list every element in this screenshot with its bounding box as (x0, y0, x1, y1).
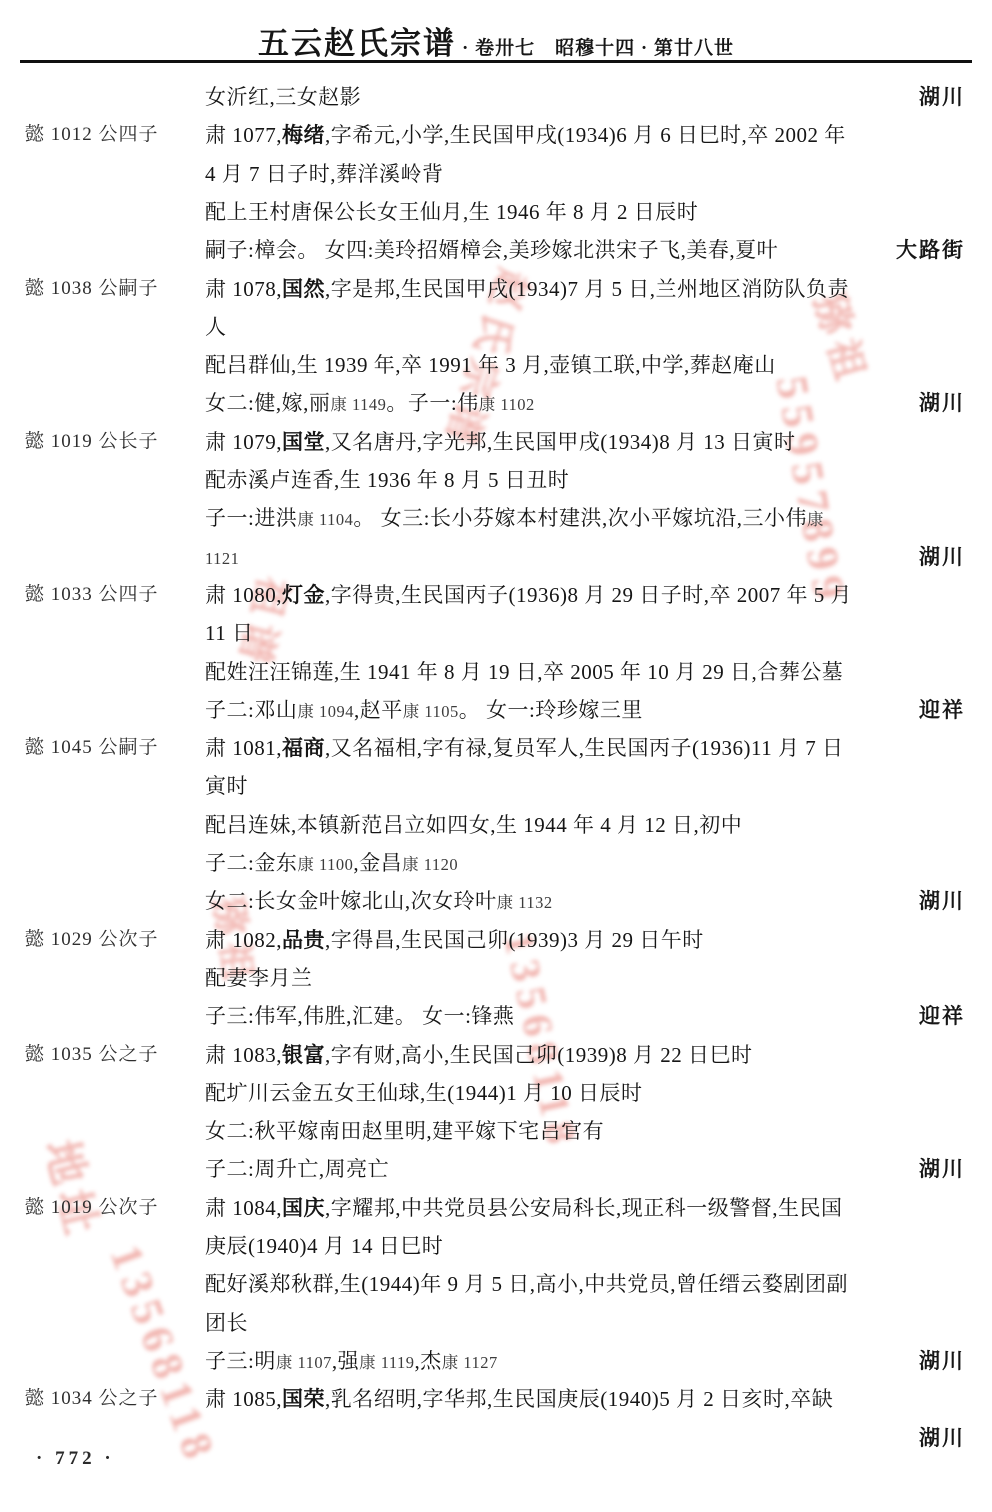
person-name: 国庆 (282, 1196, 325, 1220)
record-text-segment: 女二:长女金叶嫁北山,次女玲叶 (205, 889, 497, 913)
record-text: 女二:秋平嫁南田赵里明,建平嫁下宅吕官有 (205, 1112, 967, 1150)
record-line: 配赤溪卢连香,生 1936 年 8 月 5 日丑时 (0, 461, 992, 499)
record-text-segment: 康 (807, 510, 824, 529)
record-text-segment: 团长 (205, 1311, 248, 1335)
record-line: 懿 1038 公嗣子肃 1078,国然,字是邦,生民国甲戌(1934)7 月 5… (0, 270, 992, 308)
record-text: 配吕群仙,生 1939 年,卒 1991 年 3 月,壶镇工联,中学,葬赵庵山 (205, 346, 967, 384)
record-text: 寅时 (205, 767, 967, 805)
record-text-segment: 。子一:伟 (386, 391, 478, 415)
record-text: 11 日 (205, 614, 967, 652)
record-line: 子三:伟军,伟胜,汇建。 女一:锋燕迎祥 (0, 997, 992, 1035)
record-text-segment: ,字希元,小学,生民国甲戌(1934)6 月 6 日巳时,卒 2002 年 (325, 123, 846, 147)
record-text: 女沂红,三女赵影 (205, 78, 967, 116)
record-text: 子二:邓山康 1094,赵平康 1105。 女一:玲珍嫁三里 (205, 691, 967, 731)
place-tag: 湖川 (919, 1419, 965, 1457)
record-text-segment: 肃 1082, (205, 928, 282, 952)
record-text-segment: ,又名唐丹,字光邦,生民国甲戌(1934)8 月 13 日寅时 (325, 430, 796, 454)
record-text-segment: 肃 1078, (205, 277, 282, 301)
record-text: 肃 1080,灯金,字得贵,生民国丙子(1936)8 月 29 日子时,卒 20… (205, 576, 967, 614)
place-tag: 迎祥 (919, 691, 965, 729)
record-text-segment: 寅时 (205, 774, 248, 798)
record-text-segment: 肃 1085, (205, 1387, 282, 1411)
page-body: 女沂红,三女赵影湖川懿 1012 公四子肃 1077,梅绪,字希元,小学,生民国… (0, 0, 992, 1512)
record-text: 女二:健,嫁,丽康 1149。子一:伟康 1102 (205, 384, 967, 424)
record-text: 子二:周升亡,周亮亡 (205, 1150, 967, 1188)
record-text-segment: ,乳名绍明,字华邦,生民国庚辰(1940)5 月 2 日亥时,卒缺 (325, 1387, 833, 1411)
record-line: 子二:邓山康 1094,赵平康 1105。 女一:玲珍嫁三里迎祥 (0, 691, 992, 729)
record-text: 配好溪郑秋群,生(1944)年 9 月 5 日,高小,中共党员,曾任缙云婺剧团副 (205, 1265, 967, 1303)
record-text-segment: ,字是邦,生民国甲戌(1934)7 月 5 日,兰州地区消防队负责 (325, 277, 849, 301)
record-text-segment: 嗣子:樟会。 女四:美玲招婿樟会,美珍嫁北洪宋子飞,美春,夏叶 (205, 238, 778, 262)
record-text-segment: 1121 (205, 549, 239, 568)
place-tag: 湖川 (919, 538, 965, 576)
record-line: 配好溪郑秋群,生(1944)年 9 月 5 日,高小,中共党员,曾任缙云婺剧团副 (0, 1265, 992, 1303)
record-label: 懿 1038 公嗣子 (25, 270, 159, 308)
record-text-segment: 女二:健,嫁,丽 (205, 391, 330, 415)
record-line: 懿 1035 公之子肃 1083,银富,字有财,高小,生民国己卯(1939)8 … (0, 1036, 992, 1074)
record-line: 嗣子:樟会。 女四:美玲招婿樟会,美珍嫁北洪宋子飞,美春,夏叶大路街 (0, 231, 992, 269)
record-line: 懿 1029 公次子肃 1082,品贵,字得昌,生民国己卯(1939)3 月 2… (0, 921, 992, 959)
page-number: · 772 · (36, 1448, 115, 1470)
record-text-segment: 配赤溪卢连香,生 1936 年 8 月 5 日丑时 (205, 468, 569, 492)
record-line: 团长 (0, 1304, 992, 1342)
record-text: 肃 1078,国然,字是邦,生民国甲戌(1934)7 月 5 日,兰州地区消防队… (205, 270, 967, 308)
record-line: 11 日 (0, 614, 992, 652)
record-line: 配圹川云金五女王仙球,生(1944)1 月 10 日辰时 (0, 1074, 992, 1112)
record-text-segment: 女沂红,三女赵影 (205, 85, 361, 109)
record-text-segment: 康 1132 (497, 893, 553, 912)
record-text-segment: ,赵平 (354, 698, 403, 722)
record-text: 肃 1079,国堂,又名唐丹,字光邦,生民国甲戌(1934)8 月 13 日寅时 (205, 423, 967, 461)
record-text-segment: 子三:明 (205, 1349, 276, 1373)
record-text-segment: 肃 1083, (205, 1043, 282, 1067)
place-tag: 湖川 (919, 882, 965, 920)
record-text-segment: ,金昌 (353, 851, 402, 875)
record-line: 懿 1045 公嗣子肃 1081,福商,又名福相,字有禄,复员军人,生民国丙子(… (0, 729, 992, 767)
record-text: 肃 1077,梅绪,字希元,小学,生民国甲戌(1934)6 月 6 日巳时,卒 … (205, 116, 967, 154)
record-text-segment: ,字耀邦,中共党员县公安局科长,现正科一级警督,生民国 (325, 1196, 843, 1220)
record-label: 懿 1033 公四子 (25, 576, 159, 614)
record-line: 寅时 (0, 767, 992, 805)
record-line: 女二:长女金叶嫁北山,次女玲叶康 1132湖川 (0, 882, 992, 920)
record-text-segment: ,字得昌,生民国己卯(1939)3 月 29 日午时 (325, 928, 704, 952)
record-text-segment: 。 女一:玲珍嫁三里 (459, 698, 643, 722)
genealogy-page: 猕祖55957899赵氏宗谱祖谱13568118猕祖地址13568118 五云赵… (0, 0, 992, 1512)
record-text-segment: 康 1127 (442, 1353, 498, 1372)
record-text-segment: 肃 1084, (205, 1196, 282, 1220)
record-line: 子二:周升亡,周亮亡湖川 (0, 1150, 992, 1188)
person-name: 品贵 (282, 928, 325, 952)
record-text-segment: 子一:进洪 (205, 506, 297, 530)
record-line: 湖川 (0, 1419, 992, 1457)
record-text-segment: ,又名福相,字有禄,复员军人,生民国丙子(1936)11 月 7 日 (325, 736, 843, 760)
record-label: 懿 1019 公次子 (25, 1189, 159, 1227)
record-text: 1121 (205, 538, 967, 578)
person-name: 银富 (282, 1043, 325, 1067)
record-line: 女二:健,嫁,丽康 1149。子一:伟康 1102湖川 (0, 384, 992, 422)
record-label: 懿 1019 公长子 (25, 423, 159, 461)
record-text-segment: 肃 1077, (205, 123, 282, 147)
record-label: 懿 1035 公之子 (25, 1036, 159, 1074)
record-text-segment: 配上王村唐保公长女王仙月,生 1946 年 8 月 2 日辰时 (205, 200, 698, 224)
record-text: 配上王村唐保公长女王仙月,生 1946 年 8 月 2 日辰时 (205, 193, 967, 231)
record-text-segment: ,强 (332, 1349, 359, 1373)
record-line: 子二:金东康 1100,金昌康 1120 (0, 844, 992, 882)
record-text-segment: 康 1102 (479, 395, 535, 414)
record-text-segment: 配吕连妹,本镇新范吕立如四女,生 1944 年 4 月 12 日,初中 (205, 813, 742, 837)
place-tag: 湖川 (919, 1150, 965, 1188)
record-text-segment: 子三:伟军,伟胜,汇建。 女一:锋燕 (205, 1004, 514, 1028)
record-text-segment: 配好溪郑秋群,生(1944)年 9 月 5 日,高小,中共党员,曾任缙云婺剧团副 (205, 1272, 848, 1296)
record-text-segment: 康 1120 (402, 855, 458, 874)
record-text-segment: 11 日 (205, 621, 253, 645)
person-name: 福商 (282, 736, 325, 760)
record-text-segment: ,字有财,高小,生民国己卯(1939)8 月 22 日巳时 (325, 1043, 753, 1067)
record-text: 嗣子:樟会。 女四:美玲招婿樟会,美珍嫁北洪宋子飞,美春,夏叶 (205, 231, 967, 269)
record-text: 配妻李月兰 (205, 959, 967, 997)
record-text: 人 (205, 308, 967, 346)
place-tag: 湖川 (919, 1342, 965, 1380)
record-text-segment: 肃 1079, (205, 430, 282, 454)
record-text-segment: 4 月 7 日子时,葬洋溪岭背 (205, 162, 444, 186)
record-line: 懿 1019 公长子肃 1079,国堂,又名唐丹,字光邦,生民国甲戌(1934)… (0, 423, 992, 461)
record-text-segment: 人 (205, 315, 227, 339)
record-text: 女二:长女金叶嫁北山,次女玲叶康 1132 (205, 882, 967, 922)
record-text: 子三:伟军,伟胜,汇建。 女一:锋燕 (205, 997, 967, 1035)
record-text: 配吕连妹,本镇新范吕立如四女,生 1944 年 4 月 12 日,初中 (205, 806, 967, 844)
record-text-segment: 康 1149 (330, 395, 386, 414)
record-text-segment: 康 1094 (297, 702, 354, 721)
record-text: 肃 1083,银富,字有财,高小,生民国己卯(1939)8 月 22 日巳时 (205, 1036, 967, 1074)
record-line: 配上王村唐保公长女王仙月,生 1946 年 8 月 2 日辰时 (0, 193, 992, 231)
record-text: 配圹川云金五女王仙球,生(1944)1 月 10 日辰时 (205, 1074, 967, 1112)
record-text-segment: ,杰 (415, 1349, 442, 1373)
record-text: 配赤溪卢连香,生 1936 年 8 月 5 日丑时 (205, 461, 967, 499)
record-text-segment: 子二:邓山 (205, 698, 297, 722)
record-line: 庚辰(1940)4 月 14 日巳时 (0, 1227, 992, 1265)
record-text: 团长 (205, 1304, 967, 1342)
record-text-segment: 子二:金东 (205, 851, 297, 875)
place-tag: 大路街 (896, 231, 965, 269)
record-text-segment: 配妻李月兰 (205, 966, 313, 990)
record-line: 懿 1012 公四子肃 1077,梅绪,字希元,小学,生民国甲戌(1934)6 … (0, 116, 992, 154)
record-text: 4 月 7 日子时,葬洋溪岭背 (205, 155, 967, 193)
record-text-segment: 。 女三:长小芬嫁本村建洪,次小平嫁坑沿,三小伟 (353, 506, 807, 530)
person-name: 国荣 (282, 1387, 325, 1411)
record-line: 人 (0, 308, 992, 346)
record-text: 子一:进洪康 1104。 女三:长小芬嫁本村建洪,次小平嫁坑沿,三小伟康 (205, 499, 967, 539)
record-text-segment: 康 1105 (403, 702, 459, 721)
record-text: 肃 1085,国荣,乳名绍明,字华邦,生民国庚辰(1940)5 月 2 日亥时,… (205, 1380, 967, 1418)
record-text-segment: 配姓汪汪锦莲,生 1941 年 8 月 19 日,卒 2005 年 10 月 2… (205, 660, 843, 684)
record-text-segment: 肃 1080, (205, 583, 282, 607)
record-line: 4 月 7 日子时,葬洋溪岭背 (0, 155, 992, 193)
record-text: 配姓汪汪锦莲,生 1941 年 8 月 19 日,卒 2005 年 10 月 2… (205, 653, 967, 691)
place-tag: 湖川 (919, 78, 965, 116)
record-text-segment: 配圹川云金五女王仙球,生(1944)1 月 10 日辰时 (205, 1081, 643, 1105)
record-line: 1121湖川 (0, 538, 992, 576)
record-text: 肃 1082,品贵,字得昌,生民国己卯(1939)3 月 29 日午时 (205, 921, 967, 959)
person-name: 梅绪 (282, 123, 325, 147)
record-line: 子一:进洪康 1104。 女三:长小芬嫁本村建洪,次小平嫁坑沿,三小伟康 (0, 499, 992, 537)
record-line: 懿 1033 公四子肃 1080,灯金,字得贵,生民国丙子(1936)8 月 2… (0, 576, 992, 614)
record-text: 肃 1084,国庆,字耀邦,中共党员县公安局科长,现正科一级警督,生民国 (205, 1189, 967, 1227)
record-line: 懿 1019 公次子肃 1084,国庆,字耀邦,中共党员县公安局科长,现正科一级… (0, 1189, 992, 1227)
record-text: 庚辰(1940)4 月 14 日巳时 (205, 1227, 967, 1265)
record-line: 子三:明康 1107,强康 1119,杰康 1127湖川 (0, 1342, 992, 1380)
record-label: 懿 1034 公之子 (25, 1380, 159, 1418)
record-text-segment: ,字得贵,生民国丙子(1936)8 月 29 日子时,卒 2007 年 5 月 (325, 583, 852, 607)
record-text-segment: 庚辰(1940)4 月 14 日巳时 (205, 1234, 443, 1258)
record-text-segment: 康 1119 (359, 1353, 414, 1372)
record-label: 懿 1012 公四子 (25, 116, 159, 154)
record-text: 子三:明康 1107,强康 1119,杰康 1127 (205, 1342, 967, 1382)
record-line: 配吕连妹,本镇新范吕立如四女,生 1944 年 4 月 12 日,初中 (0, 806, 992, 844)
record-label: 懿 1045 公嗣子 (25, 729, 159, 767)
place-tag: 湖川 (919, 384, 965, 422)
record-text-segment: 子二:周升亡,周亮亡 (205, 1157, 389, 1181)
record-text: 肃 1081,福商,又名福相,字有禄,复员军人,生民国丙子(1936)11 月 … (205, 729, 967, 767)
record-line: 女沂红,三女赵影湖川 (0, 78, 992, 116)
record-label: 懿 1029 公次子 (25, 921, 159, 959)
record-line: 懿 1034 公之子肃 1085,国荣,乳名绍明,字华邦,生民国庚辰(1940)… (0, 1380, 992, 1418)
place-tag: 迎祥 (919, 997, 965, 1035)
person-name: 国堂 (282, 430, 325, 454)
record-line: 配吕群仙,生 1939 年,卒 1991 年 3 月,壶镇工联,中学,葬赵庵山 (0, 346, 992, 384)
record-line: 配妻李月兰 (0, 959, 992, 997)
record-text-segment: 康 1104 (297, 510, 353, 529)
record-line: 配姓汪汪锦莲,生 1941 年 8 月 19 日,卒 2005 年 10 月 2… (0, 653, 992, 691)
person-name: 国然 (282, 277, 325, 301)
person-name: 灯金 (282, 583, 325, 607)
record-text: 子二:金东康 1100,金昌康 1120 (205, 844, 967, 884)
record-text-segment: 康 1100 (297, 855, 353, 874)
record-line: 女二:秋平嫁南田赵里明,建平嫁下宅吕官有 (0, 1112, 992, 1150)
record-text-segment: 女二:秋平嫁南田赵里明,建平嫁下宅吕官有 (205, 1119, 604, 1143)
record-text-segment: 肃 1081, (205, 736, 282, 760)
record-text-segment: 配吕群仙,生 1939 年,卒 1991 年 3 月,壶镇工联,中学,葬赵庵山 (205, 353, 776, 377)
record-text-segment: 康 1107 (276, 1353, 332, 1372)
